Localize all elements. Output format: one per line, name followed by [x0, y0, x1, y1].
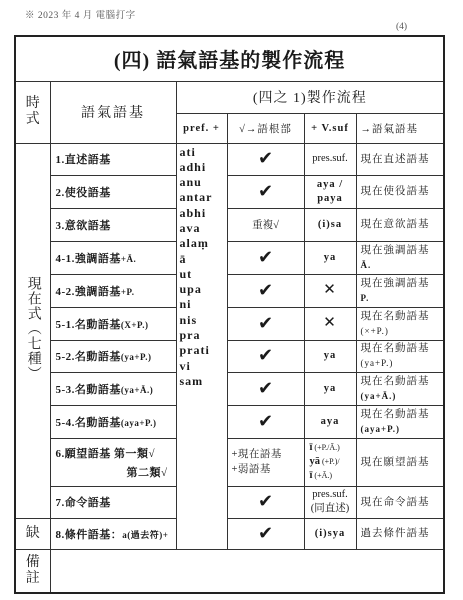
- header-root: √→語根部: [227, 113, 304, 143]
- prefix-item: ati: [180, 145, 227, 160]
- tense-missing: 缺: [15, 518, 50, 549]
- stem-cell: 6.願望語基 第一類√ 第二類√: [50, 438, 176, 486]
- prefix-item: sam: [180, 374, 227, 389]
- suffix-cell: ✕: [304, 307, 356, 340]
- root-cell: +現在語基+弱語基: [227, 438, 304, 486]
- suffix-cell: ✕: [304, 274, 356, 307]
- header-tense: 時 式: [15, 81, 50, 143]
- tense-present: 現在式（七種）: [15, 143, 50, 518]
- table-row: 缺 8.條件語基：a(過去符)+ ✔ (i)sya 過去條件語基: [15, 518, 444, 549]
- prefix-item: upa: [180, 282, 227, 297]
- root-cell: ✔: [227, 486, 304, 518]
- result-cell: 現在命令語基: [356, 486, 444, 518]
- result-cell: 過去條件語基: [356, 518, 444, 549]
- stem-cell: 4-1.強調語基+Ā.: [50, 241, 176, 274]
- table-row: 2.使役語基 ✔ aya /paya 現在使役語基: [15, 175, 444, 208]
- table-row: 4-2.強調語基+P. ✔ ✕ 現在強調語基P.: [15, 274, 444, 307]
- stem-cell: 5-2.名動語基(ya+P.): [50, 340, 176, 372]
- root-cell: ✔: [227, 518, 304, 549]
- table-title: (四) 語氣語基的製作流程: [15, 36, 444, 81]
- root-cell: ✔: [227, 307, 304, 340]
- cross-icon: ✕: [323, 280, 337, 298]
- stem-cell: 2.使役語基: [50, 175, 176, 208]
- check-icon: ✔: [258, 148, 273, 169]
- header-prefix: pref. +: [176, 113, 227, 143]
- table-row: 6.願望語基 第一類√ 第二類√ +現在語基+弱語基 ī (+P./Ā.) yā…: [15, 438, 444, 486]
- result-cell: 現在強調語基P.: [356, 274, 444, 307]
- prefix-item: antar: [180, 190, 227, 205]
- table-row: 5-1.名動語基(X+P.) ✔ ✕ 現在名動語基(×+P.): [15, 307, 444, 340]
- remarks-row: 備註: [15, 549, 444, 593]
- prefix-item: prati: [180, 343, 227, 358]
- table-row: 4-1.強調語基+Ā. ✔ ya 現在強調語基Ā.: [15, 241, 444, 274]
- prefix-item: adhi: [180, 160, 227, 175]
- check-icon: ✔: [258, 523, 273, 544]
- suffix-cell: pres.suf.(同直述): [304, 486, 356, 518]
- result-cell: 現在強調語基Ā.: [356, 241, 444, 274]
- header-row-1: 時 式 語氣語基 (四之 1)製作流程: [15, 81, 444, 113]
- stem-cell: 8.條件語基：a(過去符)+: [50, 518, 176, 549]
- check-icon: ✔: [258, 491, 273, 512]
- prefix-item: pra: [180, 328, 227, 343]
- result-cell: 現在名動語基(aya+P.): [356, 405, 444, 438]
- check-icon: ✔: [258, 247, 273, 268]
- result-cell: 現在願望語基: [356, 438, 444, 486]
- header-process-title: (四之 1)製作流程: [176, 81, 444, 113]
- table-row: 3.意欲語基 重複√ (i)sa 現在意欲語基: [15, 208, 444, 241]
- mood-stem-table: (四) 語氣語基的製作流程 時 式 語氣語基 (四之 1)製作流程 pref. …: [14, 35, 445, 594]
- root-cell: ✔: [227, 143, 304, 175]
- stem-cell: 7.命令語基: [50, 486, 176, 518]
- check-icon: ✔: [258, 411, 273, 432]
- check-icon: ✔: [258, 378, 273, 399]
- prefix-item: anu: [180, 175, 227, 190]
- suffix-cell: aya: [304, 405, 356, 438]
- table-row: 5-4.名動語基(aya+P.) ✔ aya 現在名動語基(aya+P.): [15, 405, 444, 438]
- root-cell: ✔: [227, 372, 304, 405]
- suffix-cell: ya: [304, 340, 356, 372]
- prefix-list: ati adhi anu antar abhi ava alaṃ ā ut up…: [176, 143, 227, 549]
- prefix-item: vi: [180, 359, 227, 374]
- header-stem: 語氣語基: [50, 81, 176, 143]
- prefix-item: abhi: [180, 206, 227, 221]
- root-cell: ✔: [227, 405, 304, 438]
- result-cell: 現在直述語基: [356, 143, 444, 175]
- root-cell: ✔: [227, 340, 304, 372]
- prefix-item: ut: [180, 267, 227, 282]
- result-cell: 現在名動語基(ya+Ā.): [356, 372, 444, 405]
- result-cell: 現在名動語基(×+P.): [356, 307, 444, 340]
- header-suffix: + V.suf: [304, 113, 356, 143]
- suffix-cell: aya /paya: [304, 175, 356, 208]
- tense-remarks: 備註: [15, 549, 50, 593]
- prefix-item: nis: [180, 313, 227, 328]
- stem-cell: 5-4.名動語基(aya+P.): [50, 405, 176, 438]
- prefix-item: ava: [180, 221, 227, 236]
- prefix-item: ni: [180, 297, 227, 312]
- cross-icon: ✕: [323, 313, 337, 331]
- root-cell: ✔: [227, 175, 304, 208]
- stem-cell: 4-2.強調語基+P.: [50, 274, 176, 307]
- root-cell: 重複√: [227, 208, 304, 241]
- result-cell: 現在意欲語基: [356, 208, 444, 241]
- suffix-cell: pres.suf.: [304, 143, 356, 175]
- prefix-item: alaṃ: [180, 236, 227, 251]
- table-row: 7.命令語基 ✔ pres.suf.(同直述) 現在命令語基: [15, 486, 444, 518]
- stem-cell: 1.直述語基: [50, 143, 176, 175]
- suffix-cell: ya: [304, 241, 356, 274]
- page-number: (4): [396, 22, 407, 32]
- remarks-content: [50, 549, 444, 593]
- stem-cell: 5-1.名動語基(X+P.): [50, 307, 176, 340]
- header-result: →語氣語基: [356, 113, 444, 143]
- table-row: 5-2.名動語基(ya+P.) ✔ ya 現在名動語基(ya+P.): [15, 340, 444, 372]
- check-icon: ✔: [258, 345, 273, 366]
- stem-cell: 3.意欲語基: [50, 208, 176, 241]
- result-cell: 現在使役語基: [356, 175, 444, 208]
- table-row: 5-3.名動語基(ya+Ā.) ✔ ya 現在名動語基(ya+Ā.): [15, 372, 444, 405]
- suffix-cell: (i)sa: [304, 208, 356, 241]
- stem-cell: 5-3.名動語基(ya+Ā.): [50, 372, 176, 405]
- table-row: 現在式（七種） 1.直述語基 ati adhi anu antar abhi a…: [15, 143, 444, 175]
- prefix-item: ā: [180, 252, 227, 267]
- root-cell: ✔: [227, 274, 304, 307]
- root-cell: ✔: [227, 241, 304, 274]
- check-icon: ✔: [258, 313, 273, 334]
- result-cell: 現在名動語基(ya+P.): [356, 340, 444, 372]
- page-note: ※ 2023 年 4 月 電腦打字: [25, 7, 136, 21]
- check-icon: ✔: [258, 181, 273, 202]
- suffix-cell: ya: [304, 372, 356, 405]
- title-row: (四) 語氣語基的製作流程: [15, 36, 444, 81]
- suffix-cell: ī (+P./Ā.) yā (+P.)/ ī (+Ā.): [304, 438, 356, 486]
- check-icon: ✔: [258, 280, 273, 301]
- suffix-cell: (i)sya: [304, 518, 356, 549]
